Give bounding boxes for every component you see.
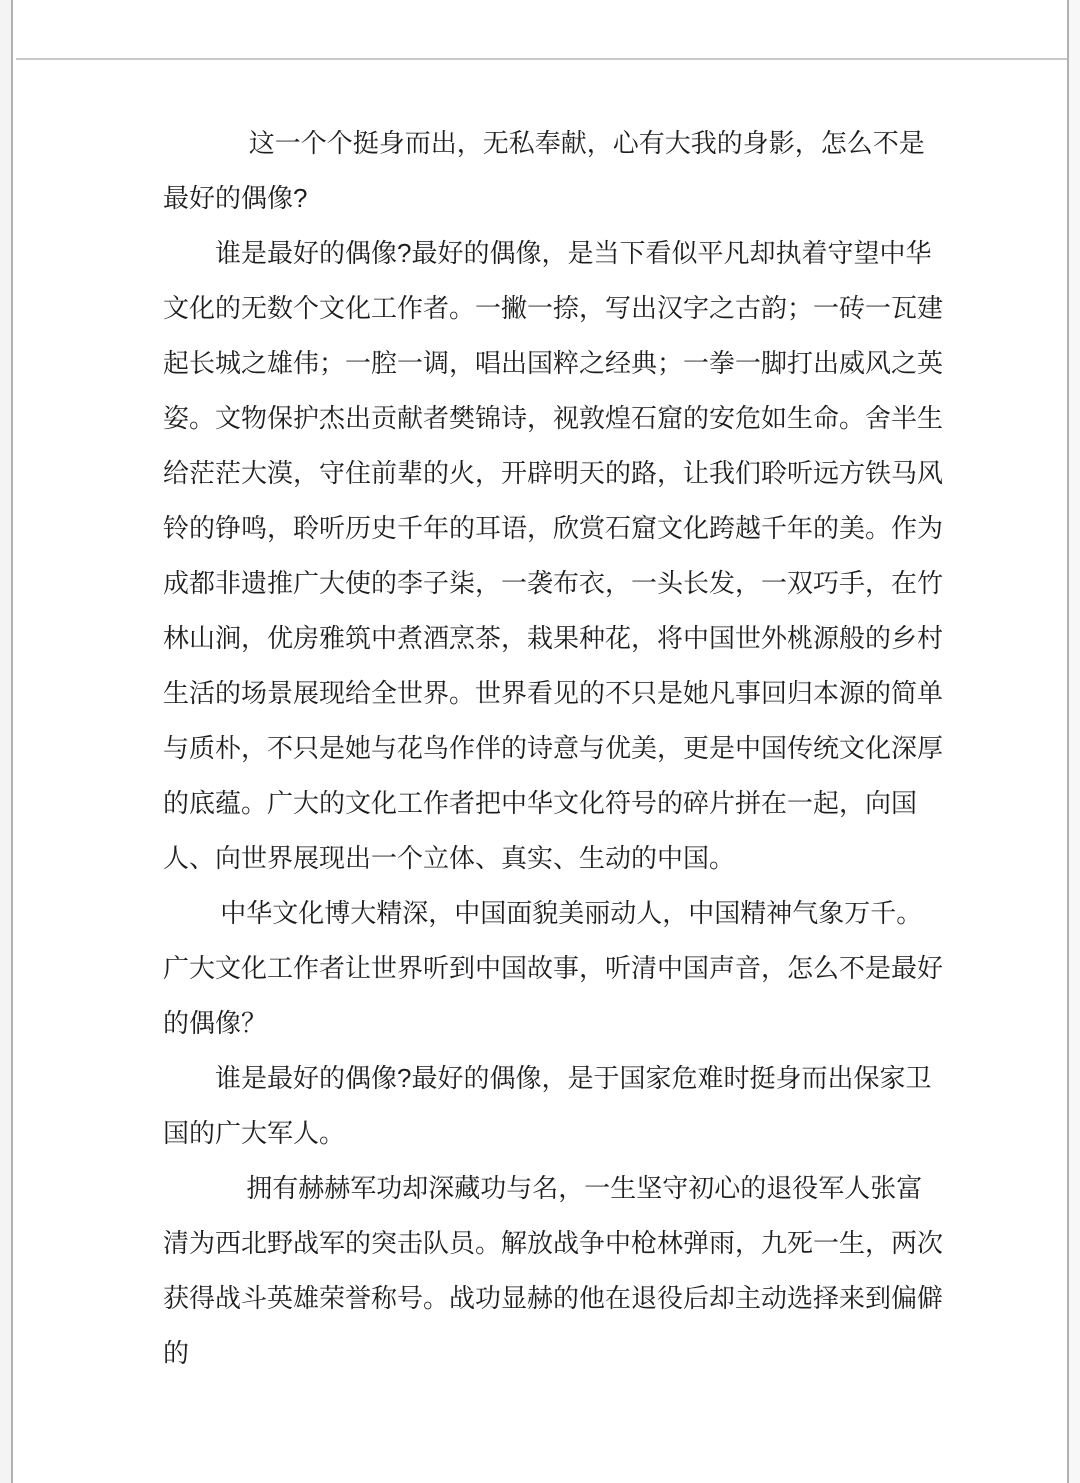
document-viewer: 这一个个挺身而出，无私奉献，心有大我的身影，怎么不是最好的偶像?谁是最好的偶像?…	[0, 0, 1080, 1483]
paragraph-2: 谁是最好的偶像?最好的偶像，是当下看似平凡却执着守望中华文化的无数个文化工作者。…	[163, 226, 943, 886]
paragraph-1: 这一个个挺身而出，无私奉献，心有大我的身影，怎么不是最好的偶像?	[163, 116, 943, 226]
document-body: 这一个个挺身而出，无私奉献，心有大我的身影，怎么不是最好的偶像?谁是最好的偶像?…	[163, 116, 943, 1381]
document-page[interactable]: 这一个个挺身而出，无私奉献，心有大我的身影，怎么不是最好的偶像?谁是最好的偶像?…	[13, 0, 1067, 1483]
page-top-rule	[16, 58, 1080, 60]
page-right-gutter	[1067, 0, 1080, 1483]
paragraph-4: 谁是最好的偶像?最好的偶像，是于国家危难时挺身而出保家卫国的广大军人。	[163, 1051, 943, 1161]
paragraph-5: 拥有赫赫军功却深藏功与名，一生坚守初心的退役军人张富清为西北野战军的突击队员。解…	[163, 1161, 943, 1381]
page-left-gutter	[0, 0, 13, 1483]
paragraph-3: 中华文化博大精深，中国面貌美丽动人，中国精神气象万千。广大文化工作者让世界听到中…	[163, 886, 943, 1051]
